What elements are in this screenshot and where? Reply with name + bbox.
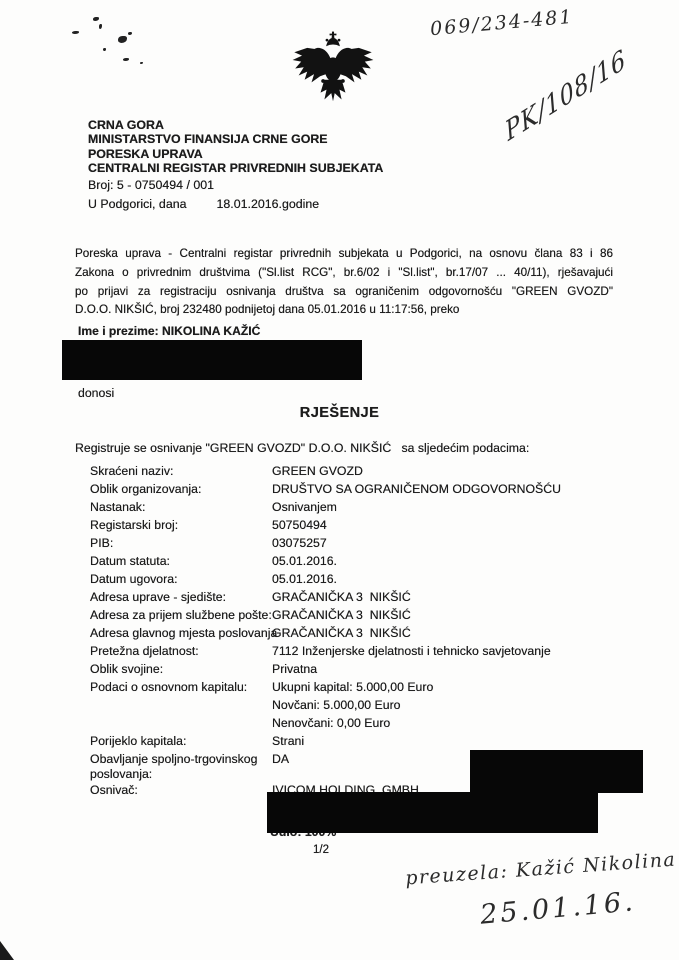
field-value: Novčani: 5.000,00 Euro bbox=[272, 698, 614, 713]
redaction-box bbox=[267, 792, 598, 833]
field-value: Ukupni kapital: 5.000,00 Euro bbox=[272, 680, 614, 695]
field-label: Adresa glavnog mjesta poslovanja bbox=[90, 626, 272, 641]
field-row: Pretežna djelatnost:7112 Inženjerske dje… bbox=[90, 644, 614, 662]
letterhead-country: CRNA GORA bbox=[88, 118, 383, 132]
field-row: Datum statuta:05.01.2016. bbox=[90, 554, 614, 572]
document-number: Broj: 5 - 0750494 / 001 bbox=[88, 178, 383, 192]
redaction-box bbox=[470, 750, 643, 793]
field-row: Registarski broj:50750494 bbox=[90, 518, 614, 536]
scan-corner-artifact bbox=[0, 941, 14, 960]
intro-line: D.O.O. NIKŠIĆ, broj 232480 podnijetoj da… bbox=[75, 301, 613, 320]
handwritten-reference-number: PK/108/16 bbox=[502, 43, 629, 147]
coat-of-arms-eagle-icon bbox=[290, 30, 376, 114]
field-value: 50750494 bbox=[272, 518, 614, 533]
place-and-date-line: U Podgorici, dana18.01.2016.godine bbox=[88, 197, 383, 211]
field-row: Skraćeni naziv:GREEN GVOZD bbox=[90, 464, 614, 482]
ink-speck bbox=[99, 24, 102, 29]
field-row: Nastanak:Osnivanjem bbox=[90, 500, 614, 518]
field-row: Datum ugovora:05.01.2016. bbox=[90, 572, 614, 590]
field-value: GRAČANIČKA 3 NIKŠIĆ bbox=[272, 590, 614, 605]
field-label: Obavljanje spoljno-trgovinskog poslovanj… bbox=[90, 752, 272, 783]
place-label: U Podgorici, dana bbox=[88, 197, 187, 211]
intro-line: Zakona o privrednim društvima ("Sl.list … bbox=[75, 264, 613, 283]
ink-speck bbox=[103, 48, 106, 51]
handwritten-received-by: preuzela: Kažić Nikolina bbox=[405, 849, 677, 890]
field-row: Nenovčani: 0,00 Euro bbox=[90, 716, 614, 734]
letterhead-registry: CENTRALNI REGISTAR PRIVREDNIH SUBJEKATA bbox=[88, 161, 383, 175]
page-number: 1/2 bbox=[313, 844, 329, 856]
field-value: GRAČANIČKA 3 NIKŠIĆ bbox=[272, 626, 614, 641]
letterhead-administration: PORESKA UPRAVA bbox=[88, 147, 383, 161]
field-row: PIB:03075257 bbox=[90, 536, 614, 554]
field-label: Osnivač: bbox=[90, 783, 272, 798]
scanned-document-page: 069/234-481 PK/108/16 CRNA GORA MINISTAR… bbox=[0, 0, 679, 960]
submitter-name-line: Ime i prezime: NIKOLINA KAŽIĆ bbox=[78, 324, 260, 338]
field-label: Adresa uprave - sjedište: bbox=[90, 590, 272, 605]
field-label: Adresa za prijem službene pošte: bbox=[90, 608, 272, 623]
field-label: Pretežna djelatnost: bbox=[90, 644, 272, 659]
field-label: Nastanak: bbox=[90, 500, 272, 515]
field-row: Podaci o osnovnom kapitalu:Ukupni kapita… bbox=[90, 680, 614, 698]
field-value: Nenovčani: 0,00 Euro bbox=[272, 716, 614, 731]
intro-line: po prijavi za registraciju osnivanja dru… bbox=[75, 283, 613, 302]
field-label: Skraćeni naziv: bbox=[90, 464, 272, 479]
intro-line: Poreska uprava - Centralni registar priv… bbox=[75, 245, 613, 264]
field-row: Adresa za prijem službene pošte:GRAČANIČ… bbox=[90, 608, 614, 626]
intro-paragraph: Poreska uprava - Centralni registar priv… bbox=[75, 245, 613, 320]
ink-speck bbox=[123, 58, 129, 61]
field-value: GREEN GVOZD bbox=[272, 464, 614, 479]
letterhead: CRNA GORA MINISTARSTVO FINANSIJA CRNE GO… bbox=[88, 118, 383, 212]
field-row: Adresa glavnog mjesta poslovanjaGRAČANIČ… bbox=[90, 626, 614, 644]
field-label: PIB: bbox=[90, 536, 272, 551]
ink-speck bbox=[140, 62, 143, 64]
registration-subject-line: Registruje se osnivanje "GREEN GVOZD" D.… bbox=[75, 441, 529, 455]
field-row: Oblik svojine:Privatna bbox=[90, 662, 614, 680]
field-row: Novčani: 5.000,00 Euro bbox=[90, 698, 614, 716]
ink-speck bbox=[128, 32, 132, 35]
redaction-box bbox=[62, 340, 362, 380]
field-label: Datum ugovora: bbox=[90, 572, 272, 587]
field-value: Strani bbox=[272, 734, 614, 749]
ink-speck bbox=[93, 17, 99, 21]
field-value: Osnivanjem bbox=[272, 500, 614, 515]
ink-speck bbox=[72, 31, 79, 34]
field-label: Porijeklo kapitala: bbox=[90, 734, 272, 749]
field-label: Oblik svojine: bbox=[90, 662, 272, 677]
field-label: Podaci o osnovnom kapitalu: bbox=[90, 680, 272, 695]
letterhead-ministry: MINISTARSTVO FINANSIJA CRNE GORE bbox=[88, 132, 383, 146]
field-value: 03075257 bbox=[272, 536, 614, 551]
donosi-label: donosi bbox=[78, 386, 114, 400]
field-row: Adresa uprave - sjedište:GRAČANIČKA 3 NI… bbox=[90, 590, 614, 608]
field-label: Datum statuta: bbox=[90, 554, 272, 569]
field-value: Privatna bbox=[272, 662, 614, 677]
field-label: Oblik organizovanja: bbox=[90, 482, 272, 497]
field-value: GRAČANIČKA 3 NIKŠIĆ bbox=[272, 608, 614, 623]
handwritten-received-date: 25.01.16. bbox=[479, 886, 637, 930]
field-value: 05.01.2016. bbox=[272, 572, 614, 587]
field-row: Oblik organizovanja:DRUŠTVO SA OGRANIČEN… bbox=[90, 482, 614, 500]
field-label: Registarski broj: bbox=[90, 518, 272, 533]
document-date: 18.01.2016.godine bbox=[217, 197, 320, 211]
field-value: DRUŠTVO SA OGRANIČENOM ODGOVORNOŠĆU bbox=[272, 482, 614, 497]
field-value: 05.01.2016. bbox=[272, 554, 614, 569]
ink-speck bbox=[118, 36, 127, 43]
field-value: 7112 Inženjerske djelatnosti i tehnicko … bbox=[272, 644, 614, 659]
handwritten-phone-number: 069/234-481 bbox=[429, 6, 574, 40]
decision-title: RJEŠENJE bbox=[0, 405, 679, 421]
